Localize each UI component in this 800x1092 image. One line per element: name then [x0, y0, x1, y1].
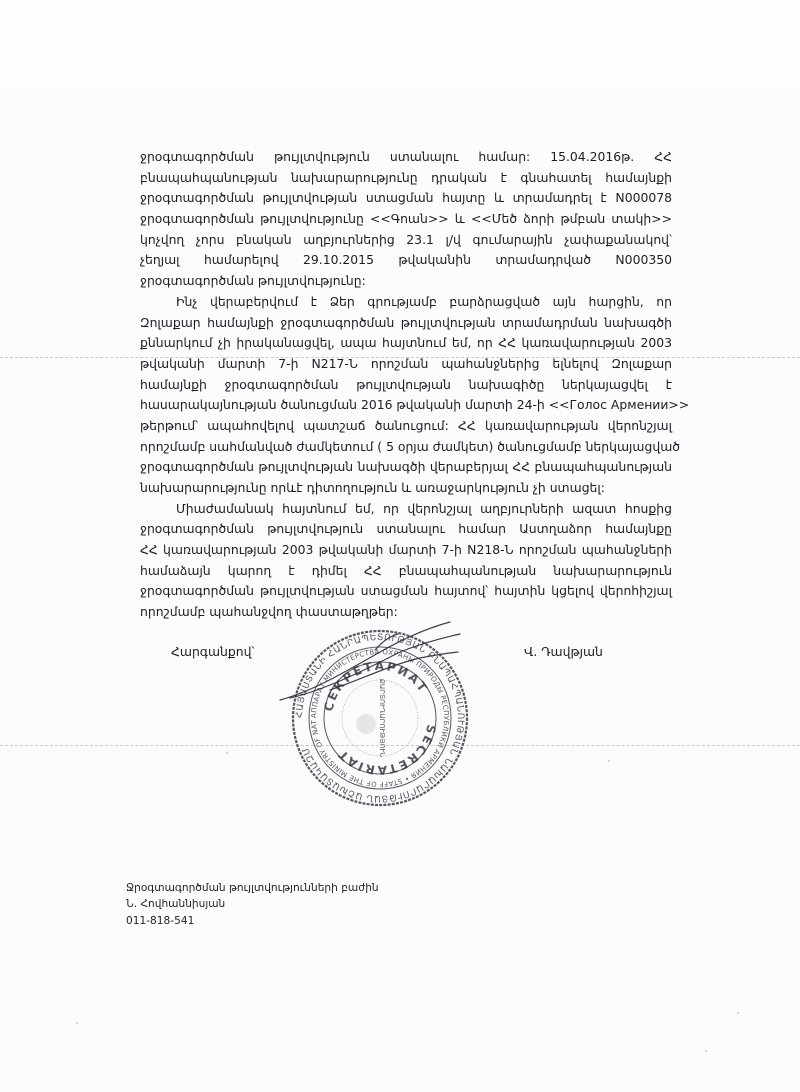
text-line: ՀՀ կառավարության 2003 թվականի մարտի 7-ի …	[140, 540, 672, 561]
text-line: ջրօգտագործման թույլտվության ստացման հայտ…	[140, 188, 672, 209]
text-line: համաձայն կարող է դիմել ՀՀ բնապահպանությա…	[140, 561, 672, 582]
paragraph-1: ջրօգտագործման թույլտվություն ստանալու հա…	[140, 147, 672, 292]
signatory-name: Վ. Դավթյան	[524, 644, 603, 659]
text-line: Միաժամանակ հայտնում եմ, որ վերոնշյալ աղբ…	[140, 499, 672, 520]
contact-name: Ն. Հովհաննիսյան	[126, 896, 379, 912]
scan-speck	[76, 1022, 78, 1024]
executor-info: Ջրօգտագործման թույլտվությունների բաժին Ն…	[126, 880, 379, 929]
scan-speck	[226, 752, 228, 754]
scan-speck	[705, 1050, 707, 1052]
paragraph-2: Ինչ վերաբերվում է Ձեր գրությամբ բարձրացվ…	[140, 292, 672, 499]
scan-speck	[737, 1012, 739, 1014]
closing-salutation: Հարգանքով՝	[171, 644, 254, 659]
text-line: թերթում՝ ապահովելով պատշաճ ծանուցում: ՀՀ…	[140, 416, 672, 437]
document-page: ջրօգտագործման թույլտվություն ստանալու հա…	[0, 0, 800, 1092]
text-line: ջրօգտագործման թույլտվություն ստանալու հա…	[140, 519, 672, 540]
text-line: ջրօգտագործման թույլտվության նախագծի վերա…	[140, 457, 672, 478]
text-line: քննարկում չի իրականացվել, ապա հայտնում ե…	[140, 333, 672, 354]
text-line: թվականի մարտի 7-ի N217-Ն որոշման պահանջն…	[140, 354, 672, 375]
text-line: համայնքի ջրօգտագործման թույլտվության նախ…	[140, 375, 672, 396]
text-line: ջրօգտագործման թույլտվության ստացման հայտ…	[140, 581, 672, 602]
department-name: Ջրօգտագործման թույլտվությունների բաժին	[126, 880, 379, 896]
text-line: հասարակայնության ծանուցման 2016 թվականի …	[140, 395, 672, 416]
text-line: ջրօգտագործման թույլտվությունը:	[140, 271, 672, 292]
scan-speck	[608, 760, 610, 762]
text-line: չեղյալ համարելով 29.10.2015 թվականին տրա…	[140, 250, 672, 271]
text-line: բնապահպանության նախարարությունը դրական է…	[140, 168, 672, 189]
text-line: որոշմամբ սահմանված ժամկետում ( 5 օրյա ժա…	[140, 437, 672, 458]
text-line: ջրօգտագործման թույլտվությունը <<Գոան>> և…	[140, 209, 672, 230]
paragraph-3: Միաժամանակ հայտնում եմ, որ վերոնշյալ աղբ…	[140, 499, 672, 623]
handwritten-signature-icon	[270, 620, 470, 710]
text-line: նախարարությունը որևէ դիտողություն և առաջ…	[140, 478, 672, 499]
text-line: ջրօգտագործման թույլտվություն ստանալու հա…	[140, 147, 672, 168]
text-line: կոչվող չորս բնական աղբյուրներից 23.1 լ/վ…	[140, 230, 672, 251]
letter-body: ջրօգտագործման թույլտվություն ստանալու հա…	[140, 147, 672, 623]
text-line: Ինչ վերաբերվում է Ձեր գրությամբ բարձրացվ…	[140, 292, 672, 313]
text-line: Զոլաքար համայնքի ջրօգտագործման թույլտվու…	[140, 313, 672, 334]
contact-phone: 011-818-541	[126, 913, 379, 929]
